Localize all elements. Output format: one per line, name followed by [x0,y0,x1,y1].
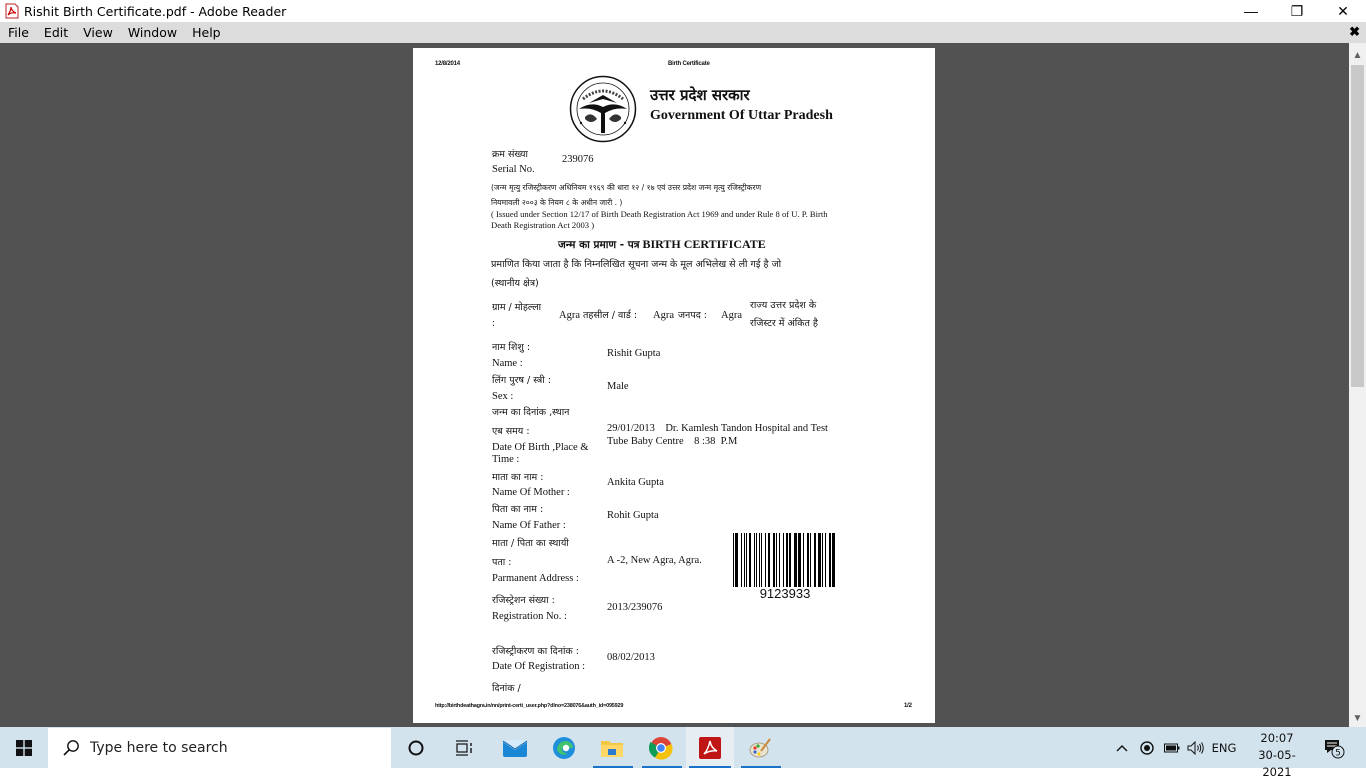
windows-logo-icon [16,740,32,756]
menu-help[interactable]: Help [184,25,228,40]
task-view-button[interactable] [440,727,488,768]
minimize-icon: — [1244,3,1258,19]
scroll-down-icon[interactable]: ▼ [1349,710,1366,727]
menu-edit[interactable]: Edit [36,25,75,40]
adobe-reader-taskbar-button[interactable] [686,727,734,768]
battery-icon [1164,743,1180,753]
certify-text-line1: प्रमाणित किया जाता है कि निम्नलिखित सूचन… [491,258,781,272]
district-label: जनपद : [678,309,707,323]
restore-icon: ❐ [1291,3,1304,20]
volume-icon [1187,741,1205,755]
task-view-icon [455,740,473,756]
date-label-hindi: दिनांक / [492,682,521,696]
language-indicator[interactable]: ENG [1208,727,1240,768]
close-document-icon[interactable]: ✖ [1349,24,1360,40]
vertical-scrollbar[interactable]: ▲ ▼ [1349,43,1366,727]
title-bar: Rishit Birth Certificate.pdf - Adobe Rea… [0,0,1366,22]
menu-view[interactable]: View [75,25,120,40]
issued-english-line1: ( Issued under Section 12/17 of Birth De… [491,209,828,220]
father-label-english: Name Of Father : [492,519,566,533]
record-tray-button[interactable] [1137,727,1157,768]
record-icon [1140,741,1154,755]
menu-file[interactable]: File [0,25,36,40]
dob-label-hindi-2: एब समय : [492,425,530,439]
scrollbar-thumb[interactable] [1351,65,1364,387]
address-label-hindi-2: पता : [492,556,512,570]
registration-date-label-english: Date Of Registration : [492,660,585,674]
certificate-title: जन्म का प्रमाण - पत्र BIRTH CERTIFICATE [558,237,766,252]
address-value: A -2, New Agra, Agra. [607,554,702,568]
footer-url: http://birthdeathagra.in/nn/print-certi_… [435,703,623,709]
certificate-title-hindi: जन्म का प्रमाण - पत्र [558,239,640,251]
tehsil-label: तहसील / वार्ड : [583,309,637,323]
menu-window[interactable]: Window [120,25,184,40]
village-label: ग्राम / मोहल्ला [492,301,541,315]
village-value: Agra [559,309,580,323]
adobe-reader-icon [698,736,722,760]
registration-no-value: 2013/239076 [607,601,662,615]
battery-button[interactable] [1161,727,1183,768]
sex-label-english: Sex : [492,390,513,404]
footer-page-number: 1/2 [904,703,912,709]
adobe-reader-icon [4,3,20,19]
village-colon: : [492,317,495,331]
action-center-button[interactable]: 5 [1318,727,1350,768]
clock[interactable]: 20:07 30-05-2021 [1245,730,1309,768]
serial-label-english: Serial No. [492,163,535,177]
sex-value: Male [607,380,629,394]
taskbar-search-box[interactable]: Type here to search [48,728,391,768]
state-line1: राज्य उत्तर प्रदेश के [750,299,816,313]
clock-time: 20:07 [1245,730,1309,747]
registration-date-label-hindi: रजिस्ट्रीकरण का दिनांक : [492,645,579,659]
dob-label-hindi: जन्म का दिनांक ,स्थान [492,406,569,420]
cortana-icon [408,740,424,756]
edge-icon [552,736,576,760]
close-button[interactable]: ✕ [1320,0,1366,22]
search-placeholder: Type here to search [90,740,228,756]
address-label-english: Parmanent Address : [492,572,579,586]
chrome-icon [649,736,673,760]
folder-icon [600,737,624,759]
pdf-page: 12/8/2014 Birth Certificate उत्तर प्रदेश… [413,48,935,723]
dob-label-english-2: Time : [492,453,519,467]
name-label-english: Name : [492,357,523,371]
barcode-number: 9123933 [733,586,837,601]
scroll-up-icon[interactable]: ▲ [1349,47,1366,64]
issued-english-line2: Death Registration Act 2003 ) [491,220,594,231]
print-header-title: Birth Certificate [668,61,710,67]
address-label-hindi: माता / पिता का स्थायी [492,537,569,551]
menu-bar: File Edit View Window Help ✖ [0,22,1366,43]
name-label-hindi: नाम शिशु : [492,341,530,355]
chrome-button[interactable] [637,727,685,768]
volume-button[interactable] [1185,727,1207,768]
tehsil-value: Agra [653,309,674,323]
up-government-seal-icon [569,75,637,143]
notification-icon: 5 [1322,736,1346,760]
serial-label-hindi: क्रम संख्या [492,148,528,162]
state-line2: रजिस्टर में अंकित है [750,317,818,331]
certify-text-line2: (स्थानीय क्षेत्र) [491,277,539,291]
notification-count: 5 [1335,748,1341,758]
registration-no-label-english: Registration No. : [492,610,567,624]
mail-icon [502,737,528,759]
dob-value-2: Tube Baby Centre 8 :38 P.M [607,435,737,449]
father-name-value: Rohit Gupta [607,509,659,523]
start-button[interactable] [0,727,48,768]
clock-date: 30-05-2021 [1245,747,1309,768]
window-title: Rishit Birth Certificate.pdf - Adobe Rea… [24,4,286,19]
paint-button[interactable] [736,727,784,768]
mail-app-button[interactable] [491,727,539,768]
government-name-english: Government Of Uttar Pradesh [650,108,833,124]
barcode [733,533,837,587]
file-explorer-button[interactable] [588,727,636,768]
father-label-hindi: पिता का नाम : [492,503,543,517]
minimize-button[interactable]: — [1228,0,1274,22]
cortana-button[interactable] [392,727,440,768]
certificate-title-english: BIRTH CERTIFICATE [643,237,766,251]
dob-value: 29/01/2013 Dr. Kamlesh Tandon Hospital a… [607,422,828,436]
government-name-hindi: उत्तर प्रदेश सरकार [650,85,750,105]
serial-value: 239076 [562,153,594,167]
edge-button[interactable] [540,727,588,768]
sex-label-hindi: लिंग पुरष / स्त्री : [492,374,551,388]
taskbar: Type here to search [0,727,1366,768]
close-icon: ✕ [1337,3,1349,20]
registration-date-value: 08/02/2013 [607,651,655,665]
mother-label-english: Name Of Mother : [492,486,570,500]
district-value: Agra [721,309,742,323]
mother-label-hindi: माता का नाम : [492,471,543,485]
mother-name-value: Ankita Gupta [607,476,664,490]
paint-palette-icon [748,736,772,760]
issued-hindi-line2: नियमावली २००३ के नियम ८ के अधीन जारी . ) [491,196,622,210]
registration-no-label-hindi: रजिस्ट्रेशन संख्या : [492,594,555,608]
child-name-value: Rishit Gupta [607,347,660,361]
chevron-up-icon [1116,744,1128,752]
search-icon [62,739,80,757]
restore-button[interactable]: ❐ [1274,0,1320,22]
issued-hindi-line1: (जन्म मृत्यु रजिस्ट्रीकरण अधिनियम १९६९ क… [491,181,761,195]
show-hidden-icons-button[interactable] [1112,727,1132,768]
print-date: 12/8/2014 [435,61,460,67]
